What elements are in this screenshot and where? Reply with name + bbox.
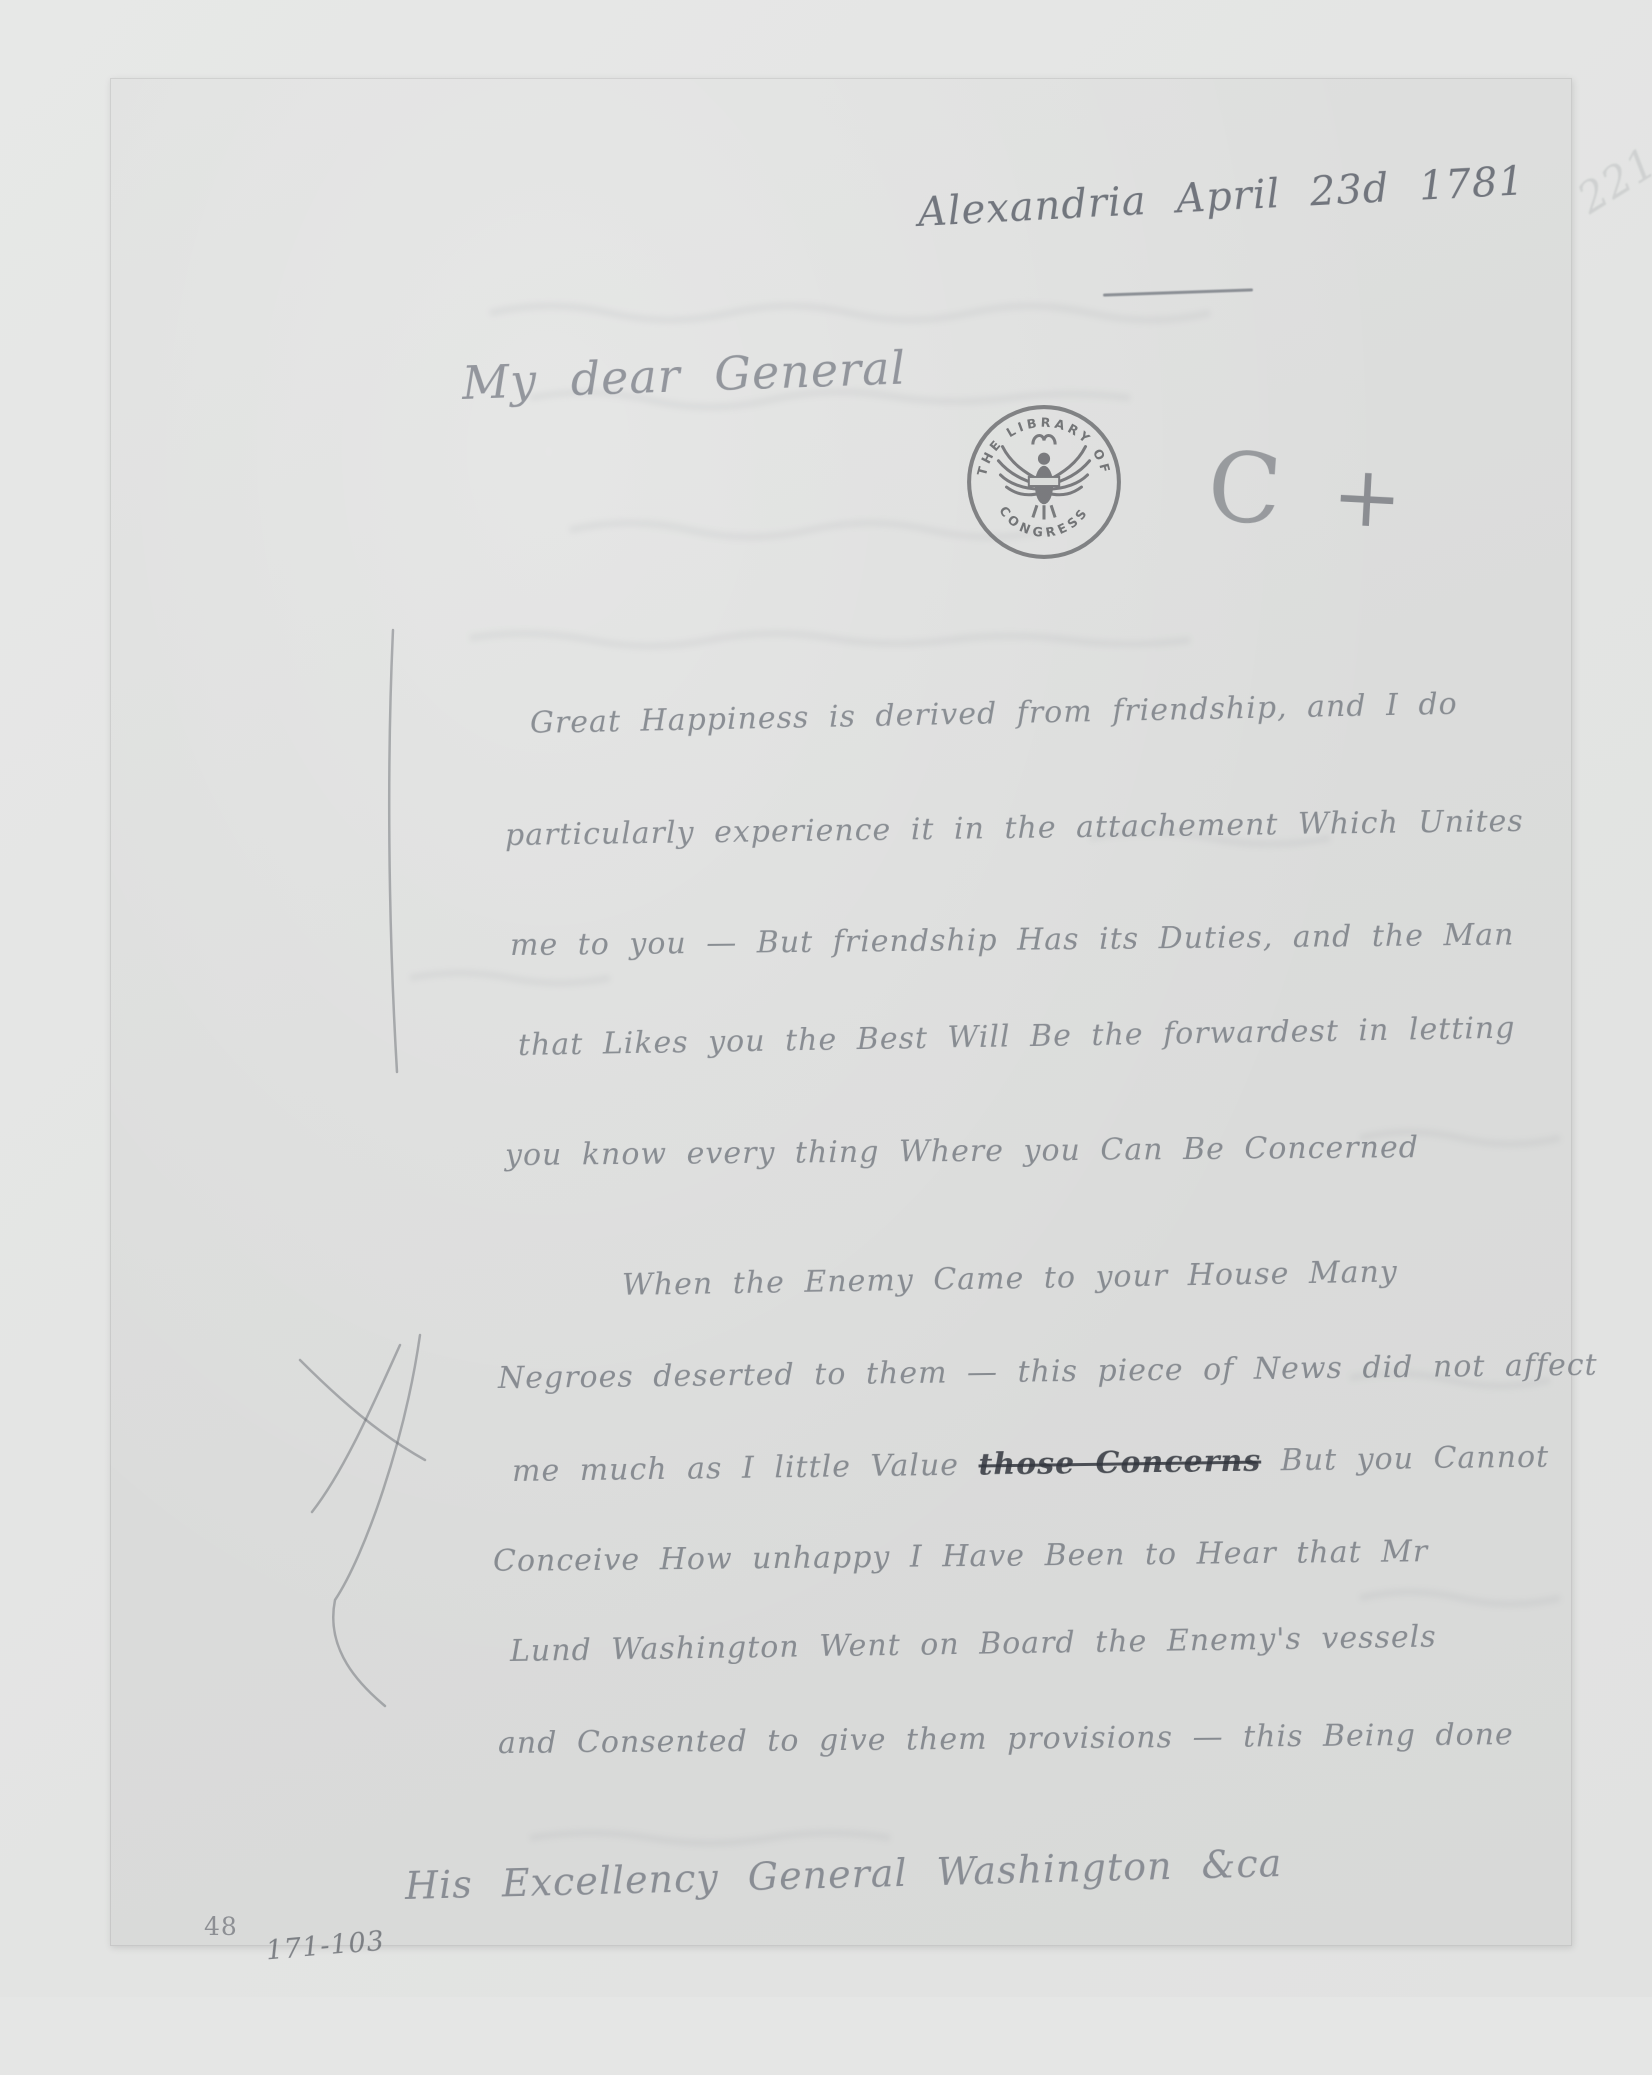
salutation: My dear General xyxy=(461,341,907,410)
letter-body-line: Great Happiness is derived from friendsh… xyxy=(530,687,1458,741)
archival-number-171-103: 171-103 xyxy=(265,1926,386,1967)
letter-page: 221 Alexandria April 23d 1781 My dear Ge… xyxy=(110,78,1572,1946)
annotation-c-mark: C xyxy=(1204,430,1286,547)
library-of-congress-stamp: THE LIBRARY OF CONGRESS xyxy=(962,400,1126,564)
letter-body-line: Conceive How unhappy I Have Been to Hear… xyxy=(493,1534,1429,1579)
line-segment: But you Cannot xyxy=(1261,1440,1549,1479)
letter-body-line: that Likes you the Best Will Be the forw… xyxy=(518,1011,1516,1063)
letter-body-line: you know every thing Where you Can Be Co… xyxy=(505,1130,1419,1173)
line-segment: me much as I little Value xyxy=(512,1447,979,1489)
struck-out-words: those Concerns xyxy=(978,1444,1261,1483)
dateline: Alexandria April 23d 1781 xyxy=(917,158,1526,236)
scanned-letter-background: 221 Alexandria April 23d 1781 My dear Ge… xyxy=(0,0,1652,1997)
annotation-plus-mark: + xyxy=(1329,446,1405,548)
eagle-icon xyxy=(998,435,1089,519)
letter-body-line: me to you — But friendship Has its Dutie… xyxy=(510,917,1515,963)
letter-body-line: and Consented to give them provisions — … xyxy=(498,1717,1514,1761)
letter-body-line: When the Enemy Came to your House Many xyxy=(622,1254,1398,1303)
archival-number-48: 48 xyxy=(204,1912,238,1941)
page-number-annotation: 221 xyxy=(1569,138,1652,224)
letter-body-line: Negroes deserted to them — this piece of… xyxy=(498,1348,1598,1396)
letter-body-line: particularly experience it in the attach… xyxy=(505,804,1524,853)
address-line: His Excellency General Washington &ca xyxy=(404,1841,1282,1908)
letter-body-line: Lund Washington Went on Board the Enemy'… xyxy=(510,1619,1437,1669)
letter-body-line-with-strikethrough: me much as I little Value those Concerns… xyxy=(512,1440,1550,1489)
dateline-flourish-underline xyxy=(1103,288,1253,296)
